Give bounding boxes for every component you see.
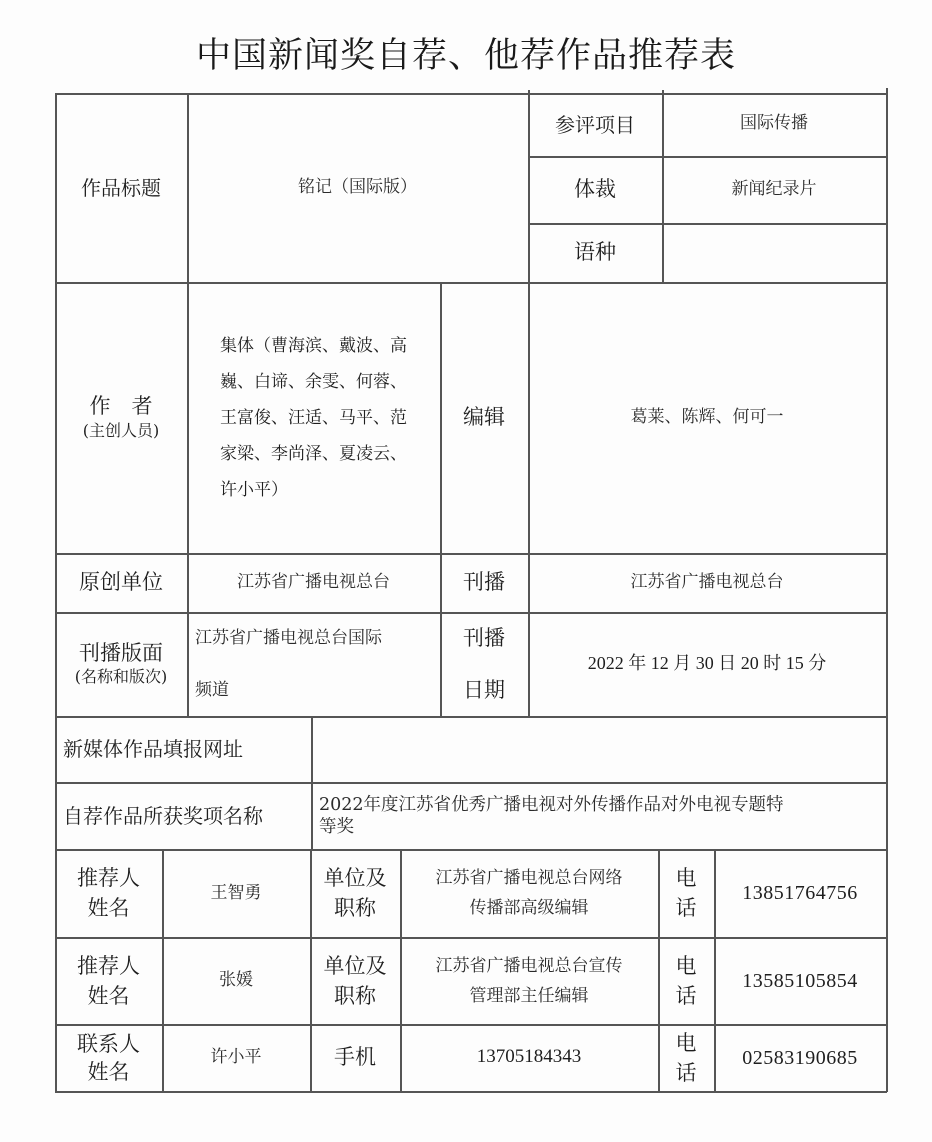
publisher-label: 刊播 bbox=[440, 553, 528, 612]
category-value: 国际传播 bbox=[662, 90, 886, 156]
phone-label-line: 话 bbox=[676, 893, 697, 923]
genre-label: 体裁 bbox=[528, 156, 662, 223]
contact-phone-label: 电 话 bbox=[658, 1024, 714, 1091]
contact-name: 许小平 bbox=[162, 1024, 310, 1091]
editor-label: 编辑 bbox=[440, 282, 528, 553]
new-media-url-value bbox=[311, 716, 886, 782]
recommender-2-label: 推荐人 姓名 bbox=[55, 937, 162, 1024]
publish-date-label: 刊播 日期 bbox=[440, 612, 528, 716]
work-title-label: 作品标题 bbox=[55, 93, 187, 282]
phone-label-line: 电 bbox=[676, 863, 697, 893]
authors-line: 许小平） bbox=[220, 472, 407, 508]
edition-label-main: 刊播版面 bbox=[79, 640, 163, 667]
contact-label-line: 联系人 bbox=[77, 1030, 140, 1058]
category-label: 参评项目 bbox=[528, 93, 662, 156]
publisher-value: 江苏省广播电视总台 bbox=[528, 553, 886, 612]
document-title: 中国新闻奖自荐、他荐作品推荐表 bbox=[0, 28, 932, 78]
recommender-2-name: 张媛 bbox=[162, 937, 310, 1024]
recommender-1-label: 推荐人 姓名 bbox=[55, 849, 162, 937]
recommender-2-unit-label: 单位及 职称 bbox=[310, 937, 400, 1024]
author-label-sub: (主创人员) bbox=[83, 421, 160, 442]
new-media-url-label: 新媒体作品填报网址 bbox=[55, 716, 311, 782]
edition-value: 江苏省广播电视总台国际 频道 bbox=[187, 612, 440, 716]
language-label: 语种 bbox=[528, 223, 662, 282]
recommender-label-line: 姓名 bbox=[88, 981, 130, 1011]
table-border-bottom bbox=[55, 1091, 887, 1093]
original-unit-label: 原创单位 bbox=[55, 553, 187, 612]
editor-value: 葛莱、陈辉、何可一 bbox=[528, 282, 886, 553]
recommender-1-phone: 13851764756 bbox=[714, 849, 886, 937]
table-border-right bbox=[886, 88, 888, 1092]
edition-value-line: 江苏省广播电视总台国际 bbox=[195, 612, 382, 664]
recommender-1-name: 王智勇 bbox=[162, 849, 310, 937]
edition-value-lines: 江苏省广播电视总台国际 频道 bbox=[195, 612, 382, 716]
author-label: 作 者 (主创人员) bbox=[55, 282, 187, 553]
award-name-line: 2022年度江苏省优秀广播电视对外传播作品对外电视专题特 bbox=[319, 794, 784, 816]
unit-line: 传播部高级编辑 bbox=[470, 893, 589, 923]
edition-value-line: 频道 bbox=[195, 664, 229, 716]
author-label-main: 作 者 bbox=[90, 393, 153, 420]
publish-date-label-line: 日期 bbox=[463, 664, 505, 716]
award-name-lines: 2022年度江苏省优秀广播电视对外传播作品对外电视专题特 等奖 bbox=[319, 794, 784, 838]
authors-line: 巍、白谛、余雯、何蓉、 bbox=[220, 364, 407, 400]
recommender-2-unit: 江苏省广播电视总台宣传 管理部主任编辑 bbox=[400, 937, 658, 1024]
unit-label-line: 职称 bbox=[334, 981, 376, 1011]
recommender-1-unit: 江苏省广播电视总台网络 传播部高级编辑 bbox=[400, 849, 658, 937]
phone-label-line: 话 bbox=[676, 1058, 697, 1088]
recommender-label-line: 姓名 bbox=[88, 893, 130, 923]
unit-line: 管理部主任编辑 bbox=[470, 981, 589, 1011]
publish-date-value: 2022 年 12 月 30 日 20 时 15 分 bbox=[528, 612, 886, 716]
edition-label-sub: (名称和版次) bbox=[75, 667, 168, 688]
unit-line: 江苏省广播电视总台网络 bbox=[436, 863, 623, 893]
unit-label-line: 单位及 bbox=[324, 863, 387, 893]
genre-value: 新闻纪录片 bbox=[662, 156, 886, 223]
authors-line: 集体（曹海滨、戴波、高 bbox=[220, 328, 407, 364]
recommender-2-phone: 13585105854 bbox=[714, 937, 886, 1024]
recommender-label-line: 推荐人 bbox=[77, 951, 140, 981]
recommender-2-phone-label: 电 话 bbox=[658, 937, 714, 1024]
language-value bbox=[662, 223, 886, 282]
contact-mobile: 13705184343 bbox=[400, 1024, 658, 1091]
authors-line: 王富俊、汪适、马平、范 bbox=[220, 400, 407, 436]
recommender-1-unit-label: 单位及 职称 bbox=[310, 849, 400, 937]
unit-label-line: 单位及 bbox=[324, 951, 387, 981]
contact-mobile-label: 手机 bbox=[310, 1024, 400, 1091]
authors-line: 家梁、李尚泽、夏凌云、 bbox=[220, 436, 407, 472]
authors-value: 集体（曹海滨、戴波、高 巍、白谛、余雯、何蓉、 王富俊、汪适、马平、范 家梁、李… bbox=[187, 282, 440, 553]
contact-label-line: 姓名 bbox=[88, 1058, 130, 1086]
recommender-label-line: 推荐人 bbox=[77, 863, 140, 893]
edition-label: 刊播版面 (名称和版次) bbox=[55, 612, 187, 716]
original-unit-value: 江苏省广播电视总台 bbox=[187, 553, 440, 612]
recommender-1-phone-label: 电 话 bbox=[658, 849, 714, 937]
contact-phone: 02583190685 bbox=[714, 1024, 886, 1091]
work-title-value: 铭记（国际版） bbox=[187, 93, 528, 282]
phone-label-line: 电 bbox=[676, 951, 697, 981]
authors-list: 集体（曹海滨、戴波、高 巍、白谛、余雯、何蓉、 王富俊、汪适、马平、范 家梁、李… bbox=[210, 328, 417, 508]
phone-label-line: 电 bbox=[676, 1028, 697, 1058]
unit-line: 江苏省广播电视总台宣传 bbox=[436, 951, 623, 981]
unit-label-line: 职称 bbox=[334, 893, 376, 923]
publish-date-label-line: 刊播 bbox=[463, 612, 505, 664]
contact-label: 联系人 姓名 bbox=[55, 1024, 162, 1091]
award-name-label: 自荐作品所获奖项名称 bbox=[55, 782, 311, 849]
phone-label-line: 话 bbox=[676, 981, 697, 1011]
award-name-line: 等奖 bbox=[319, 816, 354, 838]
award-name-value: 2022年度江苏省优秀广播电视对外传播作品对外电视专题特 等奖 bbox=[311, 782, 886, 849]
